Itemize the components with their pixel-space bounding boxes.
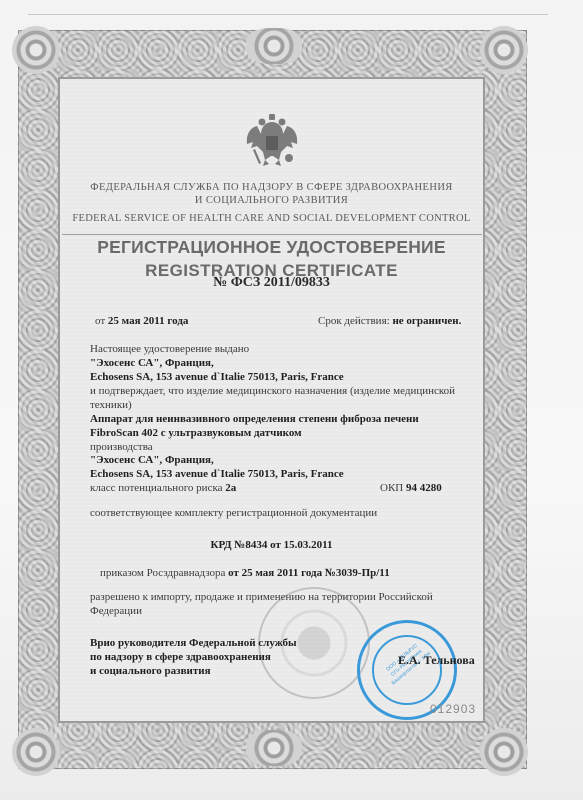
permitted-text-line1: разрешено к импорту, продаже и применени… — [90, 591, 433, 603]
certificate-number: № ФСЗ 2011/09833 — [60, 275, 483, 291]
order-reference: от 25 мая 2011 года №3039-Пр/11 — [228, 567, 390, 579]
agency-name-ru-line2: И СОЦИАЛЬНОГО РАЗВИТИЯ — [60, 195, 483, 206]
manufacturer-name: "Эхосенс СА", Франция, — [90, 454, 214, 466]
issued-to-label: Настоящее удостоверение выдано — [90, 343, 249, 355]
signatory-title-line2: по надзору в сфере здравоохранения — [90, 651, 271, 663]
top-center-ornament-icon — [246, 28, 302, 64]
bottom-center-ornament-icon — [246, 730, 302, 766]
confirms-text-line2: техники) — [90, 399, 132, 411]
agency-name-ru-line1: ФЕДЕРАЛЬНАЯ СЛУЖБА ПО НАДЗОРУ В СФЕРЕ ЗД… — [60, 182, 483, 193]
validity-line: Срок действия: не ограничен. — [318, 315, 461, 327]
order-line: приказом Росздравнадзора от 25 мая 2011 … — [100, 567, 390, 579]
serial-number: 012903 — [430, 702, 476, 716]
signatory-name: Е.А. Тельнова — [398, 653, 475, 668]
corner-ornament-icon — [12, 26, 60, 74]
signatory-title-line3: и социального развития — [90, 665, 211, 677]
corner-ornament-icon — [12, 728, 60, 776]
confirms-text-line1: и подтверждает, что изделие медицинского… — [90, 385, 455, 397]
issue-date: 25 мая 2011 года — [108, 315, 188, 327]
device-name-line1: Аппарат для неинвазивного определения ст… — [90, 413, 419, 425]
okp-line: ОКП 94 4280 — [380, 482, 442, 494]
risk-class-value: 2а — [225, 482, 236, 494]
scan-edge-line — [28, 14, 548, 15]
manufacturer-label: производства — [90, 441, 153, 453]
validity-value: не ограничен. — [392, 315, 461, 327]
issue-date-line: от 25 мая 2011 года — [95, 315, 188, 327]
okp-value: 94 4280 — [406, 482, 442, 494]
manufacturer-address: Echosens SA, 153 avenue d`Italie 75013, … — [90, 468, 344, 480]
corner-ornament-icon — [480, 26, 528, 74]
certificate-title-ru: РЕГИСТРАЦИОННОЕ УДОСТОВЕРЕНИЕ — [60, 237, 483, 258]
device-name-line2: FibroScan 402 с ультразвуковым датчиком — [90, 427, 302, 439]
russian-double-headed-eagle-icon — [243, 112, 301, 168]
krd-reference: КРД №8434 от 15.03.2011 — [60, 539, 483, 551]
agency-name-en: FEDERAL SERVICE OF HEALTH CARE AND SOCIA… — [60, 213, 483, 224]
risk-class-line: класс потенциального риска 2а — [90, 482, 236, 494]
holder-address: Echosens SA, 153 avenue d`Italie 75013, … — [90, 371, 344, 383]
signatory-title-line1: Врио руководителя Федеральной службы — [90, 637, 297, 649]
permitted-text-line2: Федерации — [90, 605, 142, 617]
conforms-text: соответствующее комплекту регистрационно… — [90, 507, 377, 519]
certificate-body: ФЕДЕРАЛЬНАЯ СЛУЖБА ПО НАДЗОРУ В СФЕРЕ ЗД… — [58, 77, 485, 723]
holder-name: "Эхосенс СА", Франция, — [90, 357, 214, 369]
header-divider — [62, 234, 482, 235]
corner-ornament-icon — [480, 728, 528, 776]
